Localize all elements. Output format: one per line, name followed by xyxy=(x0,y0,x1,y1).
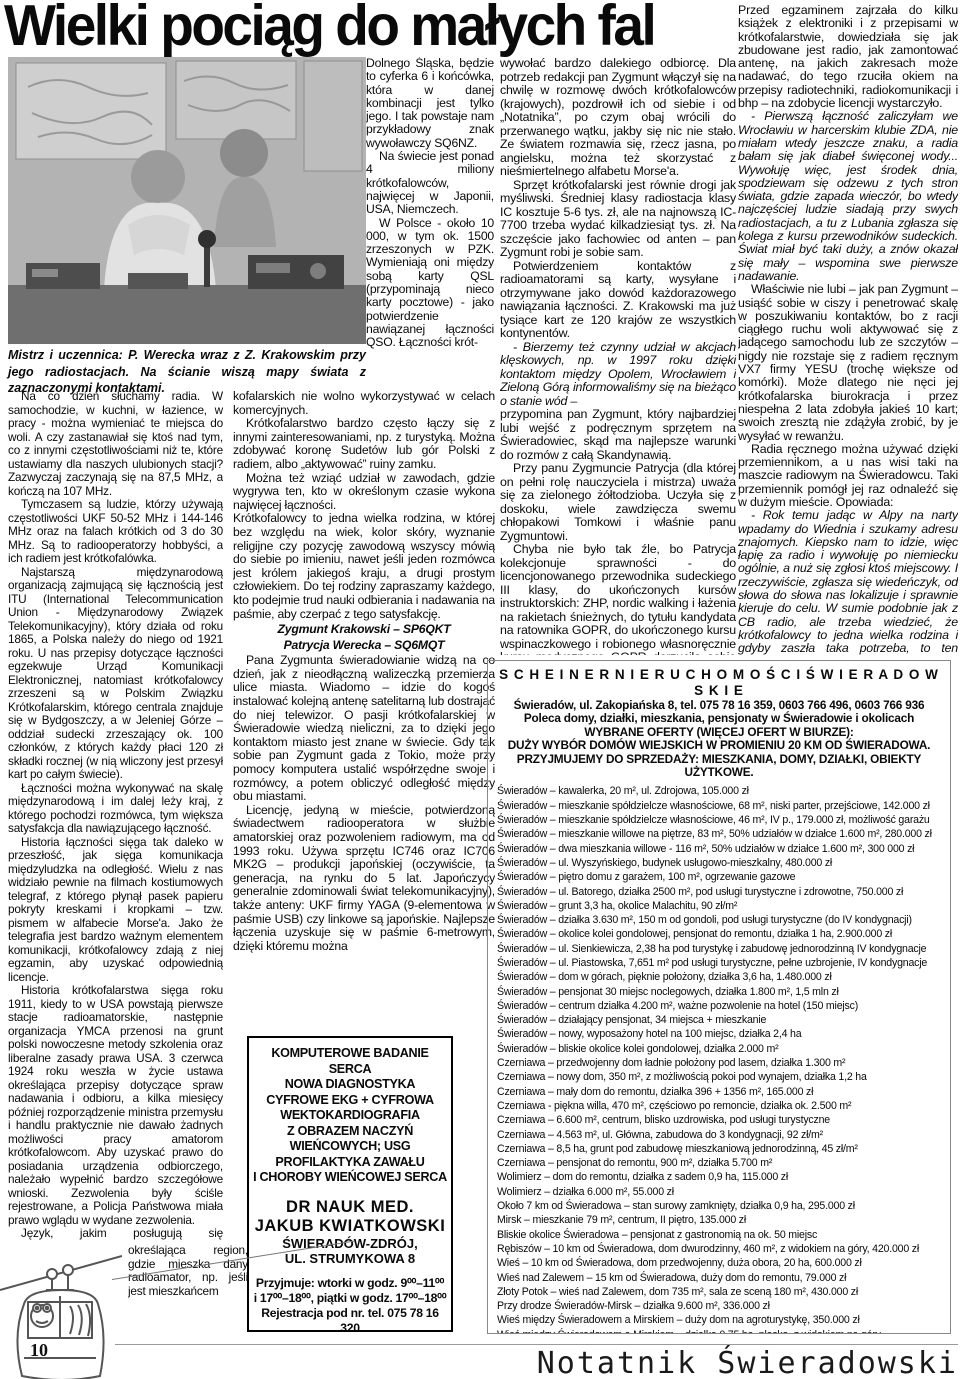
article-column-left-wrap: określająca region, gdzie mieszka dany r… xyxy=(128,1244,248,1360)
listing-row: Świeradów – mieszkanie willowe na piętrz… xyxy=(497,827,950,841)
listing-row: Świeradów – centrum działka 4.200 m², wa… xyxy=(497,999,950,1013)
listing-row: Świeradów – grunt 3,3 ha, okolice Malach… xyxy=(497,899,950,913)
ad-real-estate-listings: Świeradów – kawalerka, 20 m², ul. Zdrojo… xyxy=(497,784,950,1334)
listing-row: Czerniawa – 6.600 m², centrum, blisko uz… xyxy=(497,1113,950,1127)
publication-logo: Notatnik Świeradowski xyxy=(537,1346,958,1379)
listing-row: Świeradów – mieszkanie spółdzielcze włas… xyxy=(497,799,950,813)
listing-row: Wieś między Świeradowem a Mirskiem – duż… xyxy=(497,1313,950,1327)
listing-row: Około 7 km od Świeradowa – stan surowy z… xyxy=(497,1199,950,1213)
listing-row: Czerniawa – mały dom do remontu, działka… xyxy=(497,1085,950,1099)
gondola-cartoon xyxy=(0,1238,122,1379)
listing-row: Czerniawa – 4.563 m², ul. Główna, zabudo… xyxy=(497,1128,950,1142)
listing-row: Świeradów – pensjonat 30 miejsc noclegow… xyxy=(497,985,950,999)
article-column-left: Na co dzień słuchamy radia. W samochodzi… xyxy=(8,390,223,1242)
listing-row: Złoty Potok – wieś nad Zalewem, dom 735 … xyxy=(497,1285,950,1299)
listing-row: Mirsk – mieszkanie 79 m², centrum, II pi… xyxy=(497,1213,950,1227)
listing-row: Przy drodze Świeradów-Mirsk – działka 9.… xyxy=(497,1299,950,1313)
listing-row: Czerniawa - piękna willa, 470 m², części… xyxy=(497,1099,950,1113)
ad-real-estate-box: S C H E I N E R N I E R U C H O M O Ś C … xyxy=(487,660,951,1334)
article-column-mid-narrow: Dolnego Śląska, będzie to cyferka 6 i ko… xyxy=(366,57,494,391)
listing-row: Świeradów – kawalerka, 20 m², ul. Zdrojo… xyxy=(497,784,950,798)
listing-row: Świeradów – ul. Sienkiewicza, 2,38 ha po… xyxy=(497,942,950,956)
listing-row: Świeradów – ul. Batorego, działka 2500 m… xyxy=(497,885,950,899)
listing-row: Świeradów – ul. Wyszyńskiego, budynek us… xyxy=(497,856,950,870)
listing-row: Czerniawa – 8,5 ha, grunt pod zabudowę m… xyxy=(497,1142,950,1156)
listing-row: Świeradów – nowy, wyposażony hotel na 10… xyxy=(497,1027,950,1041)
listing-row: Świeradów – bliskie okolice kolei gondol… xyxy=(497,1042,950,1056)
listing-row: Wolimierz – działka 6.000 m², 55.000 zł xyxy=(497,1185,950,1199)
listing-row: Świeradów – mieszkanie spółdzielcze włas… xyxy=(497,813,950,827)
ad-cardiology-box: KOMPUTEROWE BADANIE SERCANOWA DIAGNOSTYK… xyxy=(247,1036,453,1332)
article-column-center: kofalarskich nie wolno wykorzystywać w c… xyxy=(233,390,495,1036)
article-headline: Wielki pociąg do małych fal xyxy=(4,0,744,59)
listing-row: Świeradów – działka 3.630 m², 150 m od g… xyxy=(497,913,950,927)
article-column-mid-wide: wywołać bardzo dalekiego odbiorcę. Dla p… xyxy=(500,57,736,655)
listing-row: Czerniawa – pensjonat do remontu, 900 m²… xyxy=(497,1156,950,1170)
listing-row: Wieś między Świeradowem a Mirskiem – dzi… xyxy=(497,1328,950,1334)
listing-row: Rębiszów – 10 km od Świeradowa, dom dwur… xyxy=(497,1242,950,1256)
listing-row: Czerniawa – nowy dom, 350 m², z możliwoś… xyxy=(497,1070,950,1084)
newspaper-page: Wielki pociąg do małych fal xyxy=(0,0,960,1379)
listing-row: Czerniawa – przedwojenny dom ładnie poło… xyxy=(497,1056,950,1070)
listing-row: Świeradów – działający pensjonat, 34 mie… xyxy=(497,1013,950,1027)
ad-real-estate-header: S C H E I N E R N I E R U C H O M O Ś C … xyxy=(497,667,941,779)
photo-illustration xyxy=(8,57,366,344)
listing-row: Wieś nad Zalewem – 15 km od Świeradowa, … xyxy=(497,1271,950,1285)
listing-row: Świeradów – dwa mieszkania willowe - 116… xyxy=(497,842,950,856)
article-photo xyxy=(8,57,366,344)
page-number: 10 xyxy=(30,1340,60,1361)
listing-row: Świeradów – dom w górach, pięknie położo… xyxy=(497,970,950,984)
listing-row: Świeradów – okolice kolei gondolowej, pe… xyxy=(497,927,950,941)
listing-row: Świeradów – piętro domu z garażem, 100 m… xyxy=(497,870,950,884)
listing-row: Wieś – 10 km od Świeradowa, dom przedwoj… xyxy=(497,1256,950,1270)
listing-row: Świeradów – ul. Piastowska, 7,651 m² pod… xyxy=(497,956,950,970)
listing-row: Wolimierz – dom do remontu, działka z sa… xyxy=(497,1170,950,1184)
article-column-right: Przed egzaminem zajrzała do kilku książe… xyxy=(738,4,958,656)
footer-divider xyxy=(115,1344,958,1345)
listing-row: Bliskie okolice Świeradowa – pensjonat z… xyxy=(497,1228,950,1242)
